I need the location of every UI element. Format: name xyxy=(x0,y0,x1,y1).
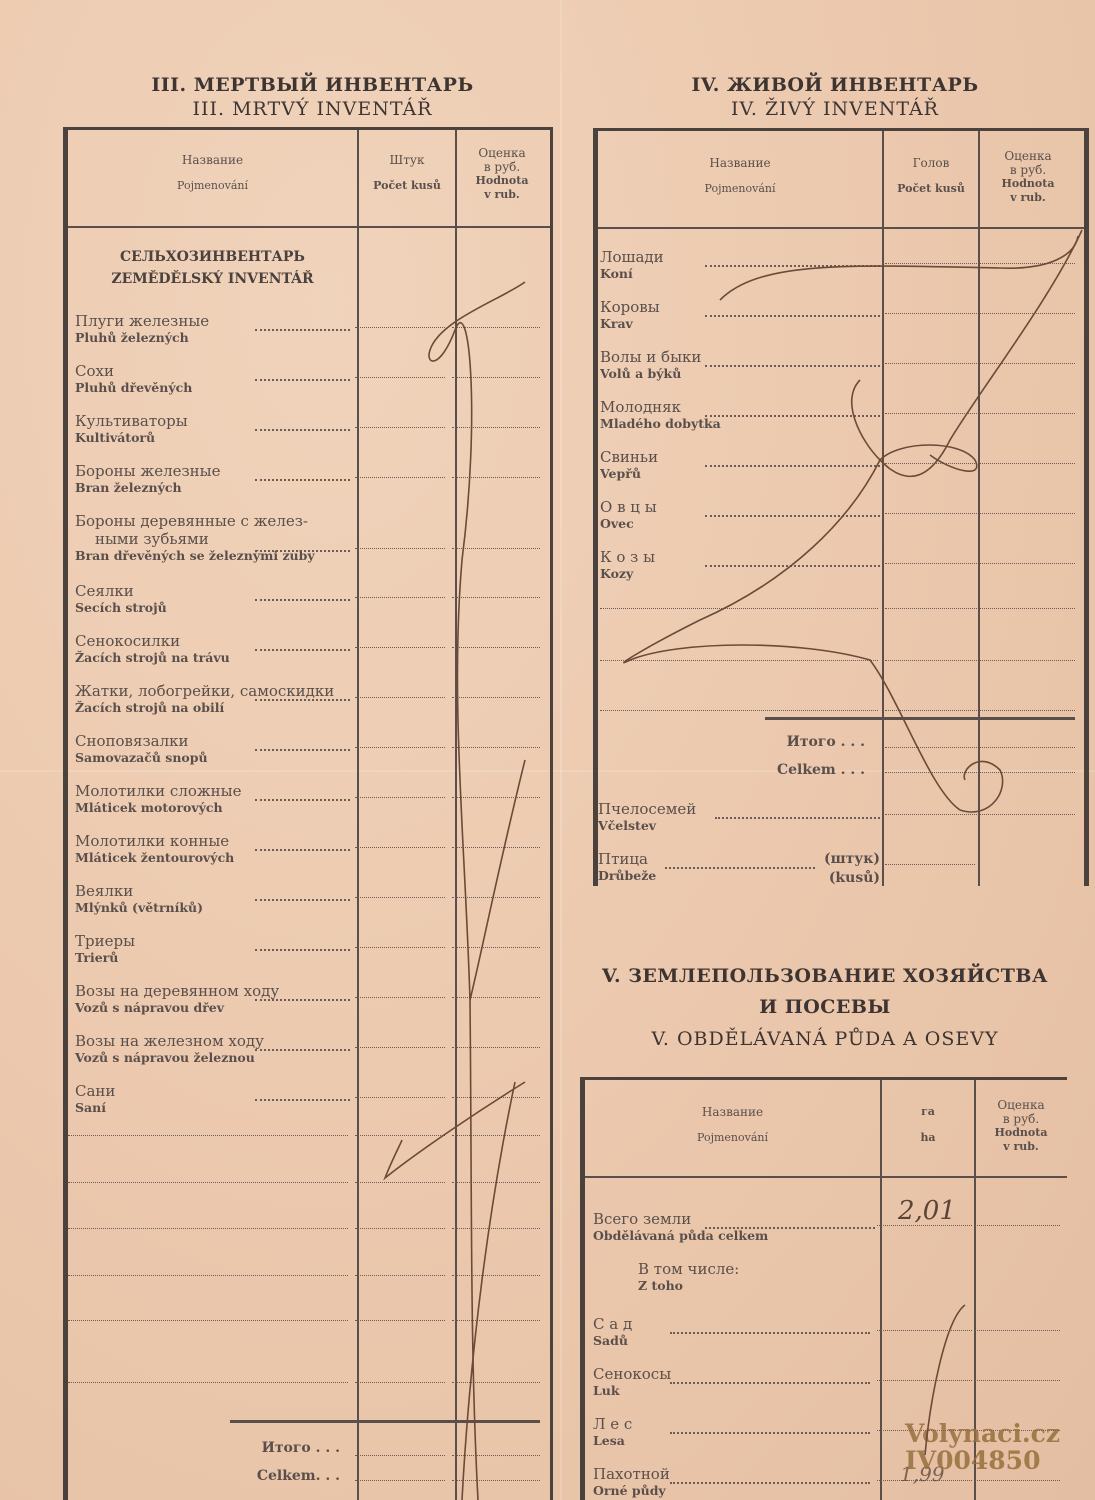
dot-leader xyxy=(255,599,350,601)
subheading: СЕЛЬХОЗИНВЕНТАРЬ ZEMĚDĚLSKÝ INVENTÁŘ xyxy=(68,246,357,290)
row-label-ru: Молотилки конные xyxy=(75,832,234,850)
watermark: Volynaci.cz IV004850 xyxy=(905,1420,1060,1474)
header-value: Оценка в руб. Hodnota v rub. xyxy=(980,149,1076,205)
blank-entry-line xyxy=(452,1182,540,1183)
dot-leader xyxy=(255,949,350,951)
entry-line xyxy=(452,747,540,748)
row-label-cz: Pluhů železných xyxy=(75,330,209,345)
entry-line xyxy=(452,597,540,598)
dot-leader xyxy=(665,867,815,869)
row-label-cz: Luk xyxy=(593,1383,671,1398)
total-label-cz: Celkem . . . xyxy=(700,756,865,784)
section-3-totals: Итого . . . Celkem. . . xyxy=(180,1434,340,1490)
entry-line xyxy=(355,747,445,748)
dot-leader xyxy=(255,1099,350,1101)
poultry-cz: Drůbeže xyxy=(598,868,656,883)
entry-line xyxy=(975,1480,1060,1481)
blank-entry-line xyxy=(355,1275,445,1276)
total-land-cz: Obdělávaná půda celkem xyxy=(593,1228,768,1243)
row-label-cz: Mlýnků (větrníků) xyxy=(75,900,203,915)
header-value-cz1: Hodnota xyxy=(980,177,1076,191)
subheading-ru: СЕЛЬХОЗИНВЕНТАРЬ xyxy=(68,246,357,268)
total-land-ru: Всего земли xyxy=(593,1210,768,1228)
blank-entry-line xyxy=(68,1182,348,1183)
entry-line xyxy=(355,597,445,598)
table-row: Возы на железном ходуVozů s nápravou žel… xyxy=(75,1032,264,1065)
row-label-ru: Плуги железные xyxy=(75,312,209,330)
header-name-cz: Pojmenování xyxy=(598,181,882,197)
row-label-ru: Возы на деревянном ходу xyxy=(75,982,279,1000)
total-entry-line xyxy=(355,1455,445,1456)
dot-leader xyxy=(705,565,880,567)
entry-line xyxy=(980,413,1075,414)
of-which-label: В том числе: Z toho xyxy=(638,1260,739,1293)
entry-line xyxy=(452,327,540,328)
entry-line xyxy=(452,548,540,549)
entry-line xyxy=(355,847,445,848)
row-label-ru: Сенокосилки xyxy=(75,632,230,650)
entry-line xyxy=(355,327,445,328)
header-name: Название Pojmenování xyxy=(585,1104,880,1146)
entry-line xyxy=(355,997,445,998)
header-value-cz2: v rub. xyxy=(980,191,1076,205)
entry-line xyxy=(980,513,1075,514)
entry-line xyxy=(980,363,1075,364)
total-label-ru: Итого . . . xyxy=(700,728,865,756)
dot-leader xyxy=(705,1227,875,1229)
row-label-cz: Žacích strojů na obilí xyxy=(75,700,334,715)
entry-line xyxy=(355,377,445,378)
row-label-ru: Коровы xyxy=(600,298,660,316)
row-label-ru: О в ц ы xyxy=(600,498,657,516)
column-divider xyxy=(882,131,884,886)
header-name-cz: Pojmenování xyxy=(585,1130,880,1146)
dot-leader xyxy=(715,817,880,819)
section-3-title-ru: III. МЕРТВЫЙ ИНВЕНТАРЬ xyxy=(60,73,565,97)
dot-leader xyxy=(255,479,350,481)
blank-entry-line xyxy=(68,1228,348,1229)
row-label-ru: Л е с xyxy=(593,1415,632,1433)
row-label-cz: Mláticek žentourových xyxy=(75,850,234,865)
entry-line xyxy=(975,1380,1060,1381)
table-row: Плуги железныеPluhů železných xyxy=(75,312,209,345)
dot-leader xyxy=(705,365,880,367)
total-entry-line xyxy=(885,747,977,748)
header-name-ru: Название xyxy=(68,152,357,168)
row-label-ru: Бороны деревянные с желез- xyxy=(75,512,315,530)
table-row: ТриерыTrierů xyxy=(75,932,135,965)
header-value-cz1: Hodnota xyxy=(976,1126,1066,1140)
entry-line xyxy=(452,897,540,898)
entry-line xyxy=(980,463,1075,464)
bees-row: Пчелосемей Včelstev xyxy=(598,800,696,833)
entry-line xyxy=(355,427,445,428)
row-label-ru: Волы и быки xyxy=(600,348,701,366)
blank-entry-line xyxy=(980,608,1075,609)
row-label-ru: Сани xyxy=(75,1082,115,1100)
row-label-ru: Веялки xyxy=(75,882,203,900)
blank-entry-line xyxy=(885,608,977,609)
blank-entry-line xyxy=(452,1228,540,1229)
dot-leader xyxy=(670,1332,870,1334)
dot-leader xyxy=(255,699,350,701)
blank-entry-line xyxy=(68,1135,348,1136)
entry-line xyxy=(885,363,977,364)
blank-entry-line xyxy=(68,1275,348,1276)
dot-leader xyxy=(255,429,350,431)
dot-leader xyxy=(705,315,880,317)
header-name-ru: Название xyxy=(598,155,882,171)
row-label-cz: Lesa xyxy=(593,1433,632,1448)
header-area-cz: ha xyxy=(882,1130,974,1146)
entry-line xyxy=(885,563,977,564)
dot-leader xyxy=(255,550,350,552)
total-entry-line xyxy=(980,772,1075,773)
entry-line xyxy=(885,513,977,514)
row-label-cz: Trierů xyxy=(75,950,135,965)
table-row: ВеялкиMlýnků (větrníků) xyxy=(75,882,203,915)
table-row: ПахотнойOrné půdy xyxy=(593,1465,670,1498)
entry-line xyxy=(452,997,540,998)
poultry-row: Птица Drůbeže xyxy=(598,850,656,883)
totals-divider xyxy=(765,717,1075,720)
table-row: ЛошадиKoní xyxy=(600,248,664,281)
table-row: Возы на деревянном ходуVozů s nápravou d… xyxy=(75,982,279,1015)
fold-line-vertical xyxy=(560,0,562,1500)
total-entry-line xyxy=(452,1455,540,1456)
watermark-id: IV004850 xyxy=(905,1447,1060,1474)
row-label-ru: С а д xyxy=(593,1315,632,1333)
table-row: СвиньиVepřů xyxy=(600,448,658,481)
entry-line xyxy=(980,313,1075,314)
row-label-ru-cont: ными зубьями xyxy=(75,530,315,548)
table-row: Волы и быкиVolů a býků xyxy=(600,348,701,381)
row-label-cz: Žacích strojů na trávu xyxy=(75,650,230,665)
entry-line xyxy=(452,947,540,948)
entry-line xyxy=(452,1047,540,1048)
section-3-title-cz: III. MRTVÝ INVENTÁŘ xyxy=(60,97,565,121)
entry-line xyxy=(452,797,540,798)
entry-line xyxy=(885,463,977,464)
row-label-ru: Сохи xyxy=(75,362,192,380)
row-label-cz: Mladého dobytka xyxy=(600,416,721,431)
dot-leader xyxy=(255,329,350,331)
section-4-title-ru: IV. ЖИВОЙ ИНВЕНТАРЬ xyxy=(590,73,1080,97)
blank-entry-line xyxy=(885,710,977,711)
table-row: Л е сLesa xyxy=(593,1415,632,1448)
row-label-ru: Триеры xyxy=(75,932,135,950)
poultry-unit: (штук) (kusů) xyxy=(800,850,880,888)
total-entry-line xyxy=(452,1480,540,1481)
entry-line xyxy=(355,697,445,698)
table-row: Бороны железныеBran železných xyxy=(75,462,220,495)
row-label-cz: Samovazačů snopů xyxy=(75,750,208,765)
dot-leader xyxy=(255,749,350,751)
row-label-cz: Sadů xyxy=(593,1333,632,1348)
entry-line xyxy=(355,947,445,948)
entry-line xyxy=(885,313,977,314)
entry-line xyxy=(452,477,540,478)
blank-entry-line xyxy=(885,660,977,661)
totals-divider xyxy=(230,1420,540,1423)
column-divider xyxy=(455,130,457,1500)
entry-line xyxy=(452,697,540,698)
entry-line xyxy=(975,1225,1060,1226)
header-value-ru1: Оценка xyxy=(976,1098,1066,1112)
header-value-ru1: Оценка xyxy=(457,146,547,160)
entry-line xyxy=(355,647,445,648)
header-value-cz2: v rub. xyxy=(976,1140,1066,1154)
row-label-cz: Secích strojů xyxy=(75,600,167,615)
dot-leader xyxy=(255,1049,350,1051)
header-value: Оценка в руб. Hodnota v rub. xyxy=(976,1098,1066,1154)
row-label-ru: Бороны железные xyxy=(75,462,220,480)
entry-line xyxy=(877,1330,972,1331)
row-label-ru: Жатки, лобогрейки, самоскидки xyxy=(75,682,334,700)
table-row: С а дSadů xyxy=(593,1315,632,1348)
table-row: Молотилки сложныеMláticek motorových xyxy=(75,782,242,815)
total-entry-line xyxy=(355,1480,445,1481)
row-label-ru: Молодняк xyxy=(600,398,721,416)
row-label-cz: Kozy xyxy=(600,566,655,581)
column-divider xyxy=(357,130,359,1500)
table-row: КоровыKrav xyxy=(600,298,660,331)
entry-line xyxy=(975,1330,1060,1331)
header-value-cz1: Hodnota xyxy=(457,174,547,188)
section-5-title-ru1: V. ЗЕМЛЕПОЛЬЗОВАНИЕ ХОЗЯЙСТВА xyxy=(585,960,1065,992)
header-name: Название Pojmenování xyxy=(598,155,882,197)
entry-line xyxy=(355,1047,445,1048)
blank-entry-line xyxy=(355,1228,445,1229)
dot-leader xyxy=(670,1382,870,1384)
header-count-cz: Počet kusů xyxy=(884,181,978,197)
row-label-cz: Koní xyxy=(600,266,664,281)
entry-line xyxy=(452,647,540,648)
blank-entry-line xyxy=(600,608,878,609)
row-label-ru: Сноповязалки xyxy=(75,732,208,750)
row-label-ru: Молотилки сложные xyxy=(75,782,242,800)
row-label-cz: Ovec xyxy=(600,516,657,531)
table-row: К о з ыKozy xyxy=(600,548,655,581)
blank-entry-line xyxy=(980,660,1075,661)
header-count: Голов Počet kusů xyxy=(884,155,978,197)
section-4-title-cz: IV. ŽIVÝ INVENTÁŘ xyxy=(590,97,1080,121)
dot-leader xyxy=(705,265,880,267)
header-name: Название Pojmenování xyxy=(68,152,357,194)
bees-ru: Пчелосемей xyxy=(598,800,696,818)
blank-entry-line xyxy=(452,1135,540,1136)
header-name-cz: Pojmenování xyxy=(68,178,357,194)
entry-line xyxy=(355,548,445,549)
entry-line xyxy=(355,1097,445,1098)
entry-line xyxy=(452,1097,540,1098)
table-row: Бороны деревянные с желез-ными зубьямиBr… xyxy=(75,512,315,563)
blank-entry-line xyxy=(355,1182,445,1183)
row-label-cz: Volů a býků xyxy=(600,366,701,381)
blank-entry-line xyxy=(980,710,1075,711)
blank-entry-line xyxy=(355,1320,445,1321)
row-label-cz: Saní xyxy=(75,1100,115,1115)
header-area-ru: га xyxy=(882,1104,974,1120)
dot-leader xyxy=(255,799,350,801)
total-label-cz: Celkem. . . xyxy=(180,1462,340,1490)
header-name-ru: Название xyxy=(585,1104,880,1120)
header-count: Штук Počet kusů xyxy=(359,152,455,194)
row-label-ru: Сенокосы xyxy=(593,1365,671,1383)
dot-leader xyxy=(670,1432,870,1434)
subheading-cz: ZEMĚDĚLSKÝ INVENTÁŘ xyxy=(68,268,357,290)
section-4-title: IV. ЖИВОЙ ИНВЕНТАРЬ IV. ŽIVÝ INVENTÁŘ xyxy=(590,73,1080,121)
blank-entry-line xyxy=(600,710,878,711)
entry-line xyxy=(885,864,975,865)
total-entry-line xyxy=(980,747,1075,748)
header-value-ru1: Оценка xyxy=(980,149,1076,163)
blank-entry-line xyxy=(452,1382,540,1383)
section-5-title-ru2: И ПОСЕВЫ xyxy=(585,992,1065,1022)
section-4-totals: Итого . . . Celkem . . . xyxy=(700,728,865,784)
entry-line xyxy=(355,477,445,478)
table-row: СноповязалкиSamovazačů snopů xyxy=(75,732,208,765)
table-row: СохиPluhů dřevěných xyxy=(75,362,192,395)
row-label-cz: Vepřů xyxy=(600,466,658,481)
dot-leader xyxy=(255,849,350,851)
table-row: Молотилки конныеMláticek žentourových xyxy=(75,832,234,865)
dot-leader xyxy=(255,379,350,381)
section-5-title: V. ЗЕМЛЕПОЛЬЗОВАНИЕ ХОЗЯЙСТВА И ПОСЕВЫ V… xyxy=(585,960,1065,1056)
table-row: О в ц ыOvec xyxy=(600,498,657,531)
section-5-title-cz: V. OBDĚLÁVANÁ PŮDA A OSEVY xyxy=(585,1022,1065,1056)
row-label-cz: Pluhů dřevěných xyxy=(75,380,192,395)
header-count-ru: Голов xyxy=(884,155,978,171)
table-row: СеялкиSecích strojů xyxy=(75,582,167,615)
table-row: МолоднякMladého dobytka xyxy=(600,398,721,431)
blank-entry-line xyxy=(355,1135,445,1136)
entry-line xyxy=(980,563,1075,564)
row-label-ru: Культиваторы xyxy=(75,412,188,430)
entry-line xyxy=(877,1380,972,1381)
row-label-ru: Сеялки xyxy=(75,582,167,600)
table-row: СаниSaní xyxy=(75,1082,115,1115)
blank-entry-line xyxy=(452,1275,540,1276)
row-label-ru: Пахотной xyxy=(593,1465,670,1483)
header-value-ru2: в руб. xyxy=(457,160,547,174)
dot-leader xyxy=(255,649,350,651)
entry-line xyxy=(355,797,445,798)
row-label-ru: К о з ы xyxy=(600,548,655,566)
row-label-cz: Krav xyxy=(600,316,660,331)
of-which-ru: В том числе: xyxy=(638,1260,739,1278)
header-count-cz: Počet kusů xyxy=(359,178,455,194)
header-value-ru2: в руб. xyxy=(980,163,1076,177)
bees-cz: Včelstev xyxy=(598,818,696,833)
section-3-title: III. МЕРТВЫЙ ИНВЕНТАРЬ III. MRTVÝ INVENT… xyxy=(60,73,565,121)
watermark-site: Volynaci.cz xyxy=(905,1420,1060,1447)
row-label-ru: Лошади xyxy=(600,248,664,266)
row-label-cz: Bran železných xyxy=(75,480,220,495)
total-land-ha-value: 2,01 xyxy=(898,1196,956,1226)
row-label-cz: Kultivátorů xyxy=(75,430,188,445)
entry-line xyxy=(452,427,540,428)
blank-entry-line xyxy=(68,1382,348,1383)
blank-entry-line xyxy=(452,1320,540,1321)
poultry-unit-cz: (kusů) xyxy=(800,869,880,888)
header-value-ru2: в руб. xyxy=(976,1112,1066,1126)
poultry-ru: Птица xyxy=(598,850,656,868)
header-value: Оценка в руб. Hodnota v rub. xyxy=(457,146,547,202)
header-count-ru: Штук xyxy=(359,152,455,168)
header-value-cz2: v rub. xyxy=(457,188,547,202)
entry-line xyxy=(452,847,540,848)
table-row: КультиваторыKultivátorů xyxy=(75,412,188,445)
blank-entry-line xyxy=(68,1320,348,1321)
header-area: га ha xyxy=(882,1104,974,1146)
entry-line xyxy=(452,377,540,378)
dot-leader xyxy=(705,515,880,517)
entry-line xyxy=(885,814,1075,815)
dot-leader xyxy=(705,465,880,467)
entry-line xyxy=(980,263,1075,264)
table-row: СенокосилкиŽacích strojů na trávu xyxy=(75,632,230,665)
row-label-cz: Vozů s nápravou dřev xyxy=(75,1000,279,1015)
row-label-cz: Mláticek motorových xyxy=(75,800,242,815)
row-label-ru: Свиньи xyxy=(600,448,658,466)
entry-line xyxy=(355,897,445,898)
total-entry-line xyxy=(885,772,977,773)
dot-leader xyxy=(670,1482,870,1484)
entry-line xyxy=(885,413,977,414)
entry-line xyxy=(885,263,977,264)
blank-entry-line xyxy=(600,660,878,661)
table-row: СенокосыLuk xyxy=(593,1365,671,1398)
row-label-cz: Orné půdy xyxy=(593,1483,670,1498)
poultry-unit-ru: (штук) xyxy=(800,850,880,869)
dot-leader xyxy=(255,899,350,901)
dot-leader xyxy=(705,415,880,417)
total-label-ru: Итого . . . xyxy=(180,1434,340,1462)
row-label-ru: Возы на железном ходу xyxy=(75,1032,264,1050)
blank-entry-line xyxy=(355,1382,445,1383)
dot-leader xyxy=(255,999,350,1001)
row-label-cz: Vozů s nápravou železnou xyxy=(75,1050,264,1065)
of-which-cz: Z toho xyxy=(638,1278,739,1293)
